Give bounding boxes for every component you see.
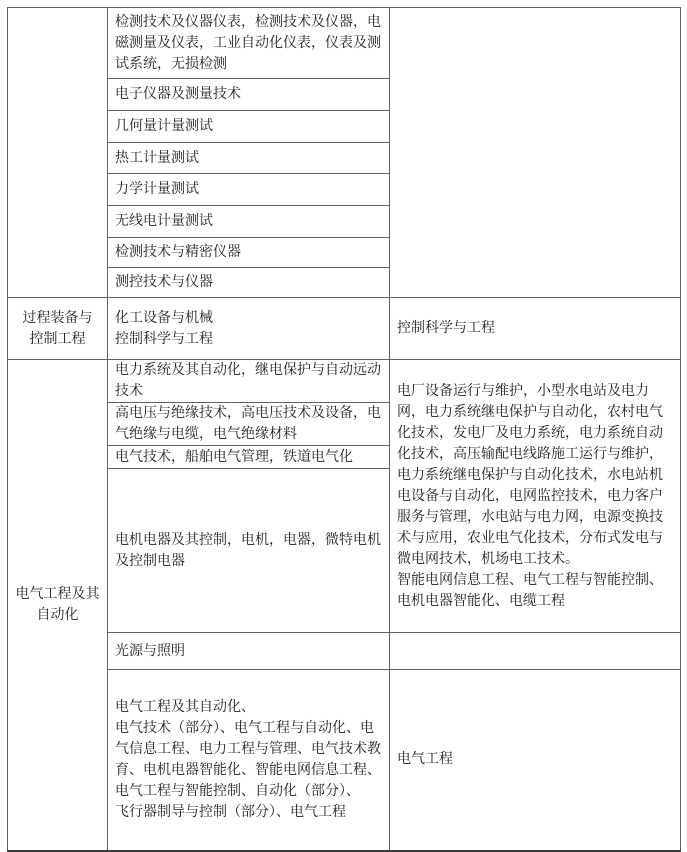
major-cell: 检测技术及仪器仪表，检测技术及仪器，电磁测量及仪表，工业自动化仪表，仪表及测试系… [108, 8, 390, 79]
table-row: 电气工程及其 自动化 电力系统及其自动化，继电保护与自动远动技术 电厂设备运行与… [8, 360, 681, 403]
major-cell: 电力系统及其自动化，继电保护与自动远动技术 [108, 360, 390, 403]
table-row: 过程装备与 控制工程 化工设备与机械 控制科学与工程 控制科学与工程 [8, 298, 681, 360]
major-cell: 电机电器及其控制，电机，电器，微特电机及控制电器 [108, 469, 390, 633]
major-cell: 电气技术，船舶电气管理，铁道电气化 [108, 446, 390, 469]
major-cell: 检测技术与精密仪器 [108, 238, 390, 268]
category-cell-instrument [8, 8, 108, 298]
major-comparison-table: 检测技术及仪器仪表，检测技术及仪器，电磁测量及仪表，工业自动化仪表，仪表及测试系… [7, 7, 681, 852]
category-cell-process-equipment: 过程装备与 控制工程 [8, 298, 108, 360]
note-cell-instrument [390, 8, 681, 298]
table-row: 电气工程及其自动化、 电气技术（部分）、电气工程与自动化、电气信息工程、电力工程… [8, 670, 681, 851]
major-cell: 力学计量测试 [108, 174, 390, 206]
major-cell: 高电压与绝缘技术，高电压技术及设备，电气绝缘与电缆，电气绝缘材料 [108, 403, 390, 446]
note-cell-process-equipment: 控制科学与工程 [390, 298, 681, 360]
major-cell: 测控技术与仪器 [108, 268, 390, 298]
table-row: 光源与照明 [8, 633, 681, 670]
note-cell-lighting [390, 633, 681, 670]
major-cell: 电气工程及其自动化、 电气技术（部分）、电气工程与自动化、电气信息工程、电力工程… [108, 670, 390, 851]
major-cell: 电子仪器及测量技术 [108, 79, 390, 111]
major-cell: 几何量计量测试 [108, 111, 390, 143]
major-cell: 无线电计量测试 [108, 206, 390, 238]
note-cell-electrical-main: 电厂设备运行与维护，小型水电站及电力网，电力系统继电保护与自动化，农村电气化技术… [390, 360, 681, 633]
major-cell: 热工计量测试 [108, 143, 390, 174]
major-cell: 化工设备与机械 控制科学与工程 [108, 298, 390, 360]
category-cell-electrical: 电气工程及其 自动化 [8, 360, 108, 851]
major-cell: 光源与照明 [108, 633, 390, 670]
table-row: 检测技术及仪器仪表，检测技术及仪器，电磁测量及仪表，工业自动化仪表，仪表及测试系… [8, 8, 681, 79]
note-cell-electrical-bottom: 电气工程 [390, 670, 681, 851]
document-page: 检测技术及仪器仪表，检测技术及仪器，电磁测量及仪表，工业自动化仪表，仪表及测试系… [0, 0, 687, 852]
